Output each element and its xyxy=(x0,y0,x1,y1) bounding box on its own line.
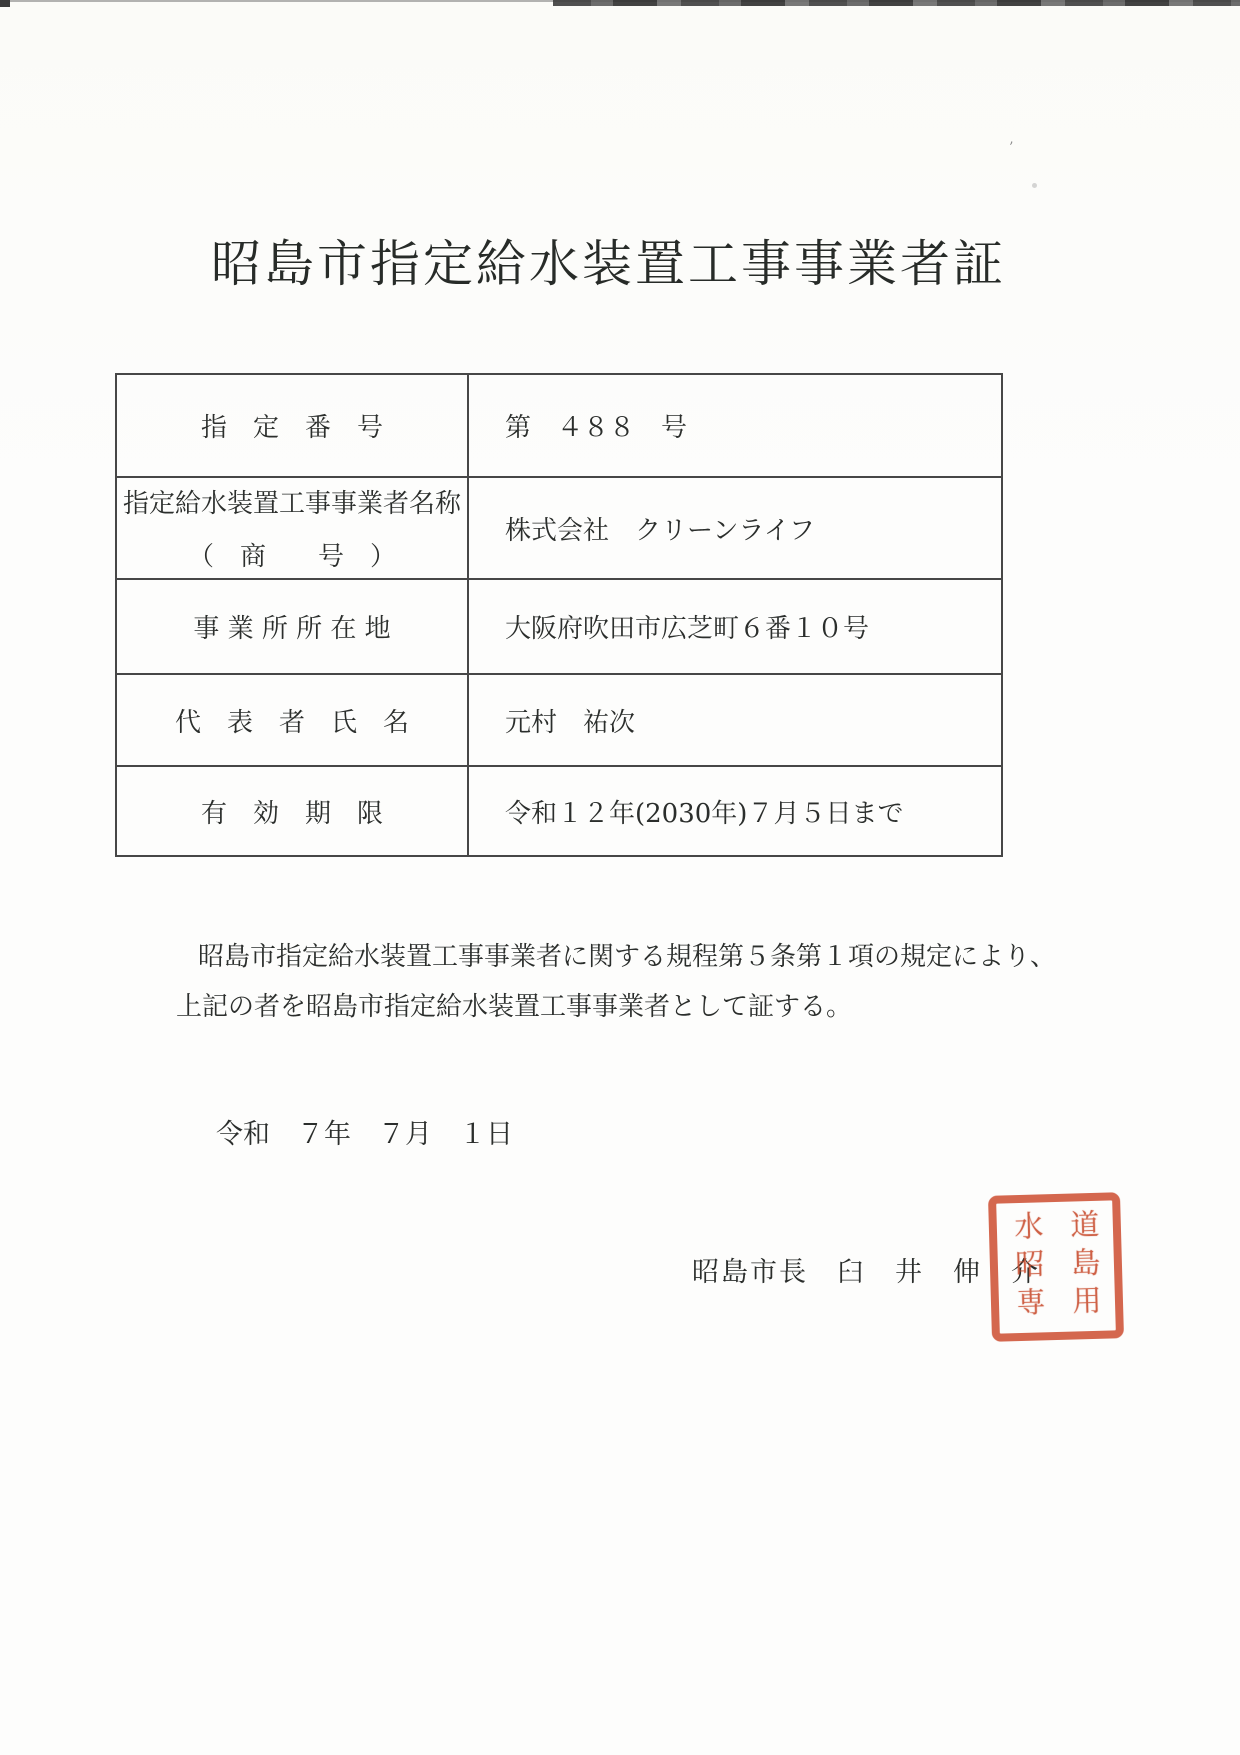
seal-glyphs-right-column: 道島用 xyxy=(1068,1209,1100,1324)
value-text: 大阪府吹田市広芝町６番１０号 xyxy=(505,608,869,645)
statement-line-1: 昭島市指定給水装置工事事業者に関する規程第５条第１項の規定により、 xyxy=(176,932,991,982)
scan-artifact-corner xyxy=(0,0,10,7)
scan-artifact-top-band xyxy=(553,0,1240,6)
certificate-title: 昭島市指定給水装置工事事業者証 xyxy=(211,224,1031,296)
value-text: 株式会社 クリーンライフ xyxy=(505,510,815,547)
table-row-representative-name: 代 表 者 氏 名 元村 祐次 xyxy=(117,673,1001,765)
issue-date: 令和 ７年 ７月 １日 xyxy=(216,1112,513,1151)
row-value-representative-name: 元村 祐次 xyxy=(469,675,1001,765)
row-value-expiration-date: 令和１２年(2030年)７月５日まで xyxy=(469,767,1001,855)
official-red-seal: 道島用 水昭専 xyxy=(988,1192,1124,1342)
row-value-office-address: 大阪府吹田市広芝町６番１０号 xyxy=(469,580,1001,673)
value-text: 元村 祐次 xyxy=(505,702,635,739)
certification-statement: 昭島市指定給水装置工事事業者に関する規程第５条第１項の規定により、 上記の者を昭… xyxy=(176,932,991,1032)
row-label-office-address: 事 業 所 所 在 地 xyxy=(117,580,469,673)
table-row-designation-number: 指 定 番 号 第 ４８８ 号 xyxy=(117,375,1001,476)
value-text: 令和１２年(2030年)７月５日まで xyxy=(505,793,903,830)
row-label-representative-name: 代 表 者 氏 名 xyxy=(117,675,469,765)
certificate-table: 指 定 番 号 第 ４８８ 号 指定給水装置工事事業者名称 （ 商 号 ） 株式… xyxy=(115,373,1003,857)
table-row-business-name: 指定給水装置工事事業者名称 （ 商 号 ） 株式会社 クリーンライフ xyxy=(117,476,1001,578)
label-text: 事 業 所 所 在 地 xyxy=(193,608,390,645)
label-text: 指 定 番 号 xyxy=(201,407,383,444)
value-text: 第 ４８８ 号 xyxy=(505,407,687,444)
label-text-line1: 指定給水装置工事事業者名称 xyxy=(123,483,461,520)
row-label-designation-number: 指 定 番 号 xyxy=(117,375,469,476)
row-label-expiration-date: 有 効 期 限 xyxy=(117,767,469,855)
row-value-business-name: 株式会社 クリーンライフ xyxy=(469,478,1001,578)
table-row-office-address: 事 業 所 所 在 地 大阪府吹田市広芝町６番１０号 xyxy=(117,578,1001,673)
label-text-line2: （ 商 号 ） xyxy=(188,536,396,573)
row-value-designation-number: 第 ４８８ 号 xyxy=(469,375,1001,476)
issuer-mayor-name: 昭島市長 臼 井 伸 介 xyxy=(692,1250,1040,1289)
label-text: 有 効 期 限 xyxy=(201,793,383,830)
label-text: 代 表 者 氏 名 xyxy=(175,702,409,739)
statement-line-2: 上記の者を昭島市指定給水装置工事事業者として証する。 xyxy=(176,982,991,1032)
scan-speck xyxy=(1032,183,1037,188)
seal-glyphs-left-column: 水昭専 xyxy=(1012,1210,1044,1325)
table-row-expiration-date: 有 効 期 限 令和１２年(2030年)７月５日まで xyxy=(117,765,1001,855)
scan-speck: ’ xyxy=(1009,140,1016,150)
certificate-page: ’ 昭島市指定給水装置工事事業者証 指 定 番 号 第 ４８８ 号 指定給水装置… xyxy=(0,0,1240,1755)
row-label-business-name: 指定給水装置工事事業者名称 （ 商 号 ） xyxy=(117,478,469,578)
